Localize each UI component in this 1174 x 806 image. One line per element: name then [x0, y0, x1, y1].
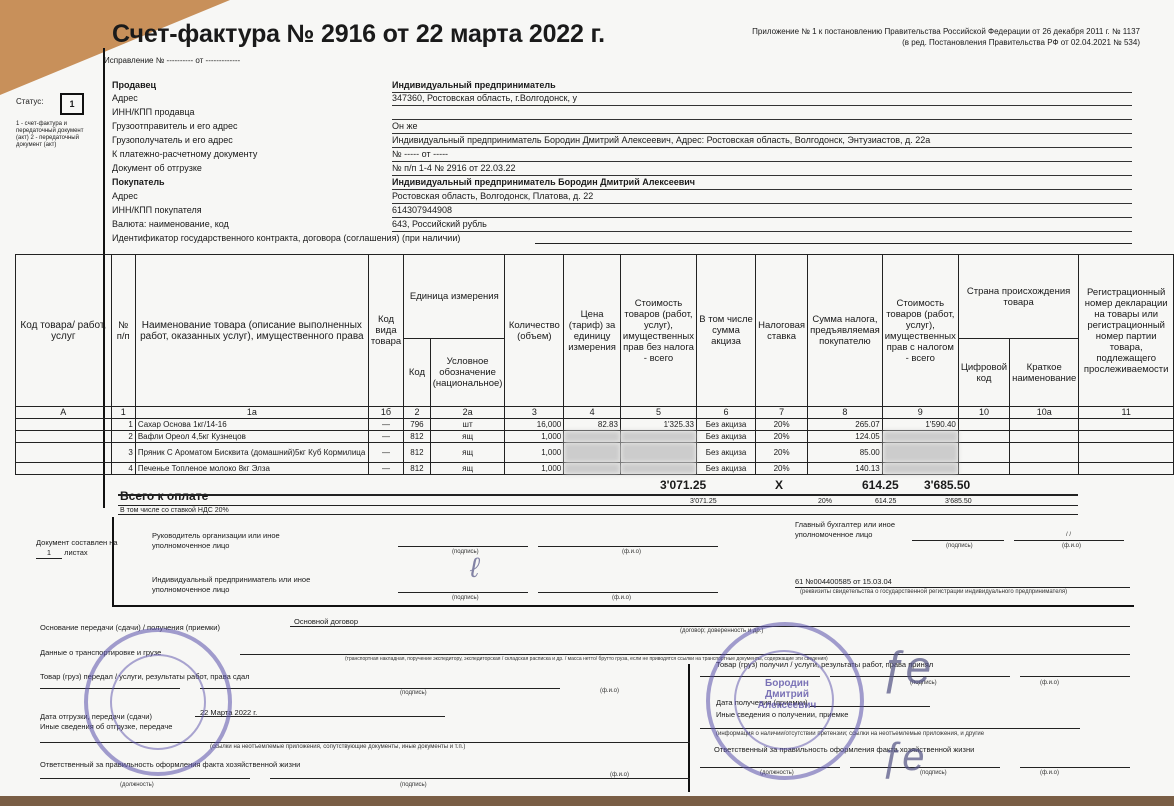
ship-date-line[interactable] [195, 716, 445, 717]
column-number: 1 [111, 407, 135, 419]
cell-total: 1'590.40 [882, 419, 958, 431]
requisite-label: Валюта: наименование, код [112, 219, 229, 229]
certificate-line [795, 587, 1130, 588]
requisite-label: Идентификатор государственного контракта… [112, 233, 460, 243]
status-note: 1 - счет-фактура и передаточный документ… [16, 121, 96, 149]
appendix-line-1: Приложение № 1 к постановлению Правитель… [670, 26, 1140, 37]
transfer-divider [688, 664, 690, 792]
requisite-value: Индивидуальный предприниматель Бородин Д… [392, 135, 1132, 148]
ip-sign-caption: (подпись) [452, 595, 479, 601]
ip-sign-line[interactable] [398, 592, 528, 593]
background-bottom [0, 796, 1174, 806]
table-row: 1Сахар Основа 1кг/14-16—796шт16,00082.83… [16, 419, 1174, 431]
ip-fio-line[interactable] [538, 592, 718, 593]
requisite-label: Продавец [112, 80, 156, 90]
row-code [16, 419, 112, 431]
vat-line-top [118, 505, 1078, 506]
col-reg: Регистрационный номер декларации на това… [1079, 255, 1174, 407]
requisite-value: № п/п 1-4 № 2916 от 22.03.22 [392, 163, 1132, 176]
cell-n: 4 [111, 463, 135, 475]
cell-qty: 16,000 [505, 419, 564, 431]
table-row: 3Пряник С Ароматом Бисквита (домашний)5к… [16, 443, 1174, 463]
recv-resp-sign-line[interactable] [850, 767, 1000, 768]
column-number: 1б [368, 407, 403, 419]
total-tax: 614.25 [862, 478, 899, 492]
cell-unit: ящ [430, 443, 505, 463]
table-row: 4Печенье Топленое молоко 8кг Элза—812ящ1… [16, 463, 1174, 475]
accountant-fio-caption: (ф.и.о) [1062, 543, 1081, 549]
cell-tax: 265.07 [808, 419, 883, 431]
contract-id-line [535, 243, 1132, 244]
invoice-paper: Счет-фактура № 2916 от 22 марта 2022 г. … [0, 0, 1174, 796]
vat-total: 3'685.50 [945, 498, 972, 505]
vat-tax: 614.25 [875, 498, 896, 505]
row-code [16, 431, 112, 443]
certificate: 61 №004400585 от 15.03.04 [795, 577, 892, 587]
requisite-label: Грузополучатель и его адрес [112, 135, 233, 145]
cell-total [882, 463, 958, 475]
seller-stamp-inner [110, 654, 206, 750]
col-tax: Сумма налога, предъявляемая покупателю [808, 255, 883, 407]
appendix-line-2: (в ред. Постановления Правительства РФ о… [670, 37, 1140, 48]
cell-cost [620, 443, 696, 463]
total-excise: X [775, 478, 783, 492]
resp-position-line[interactable] [40, 778, 250, 779]
sent-sign-line[interactable] [200, 688, 560, 689]
buyer-signature: ƒe [880, 640, 931, 694]
cell-empty [1079, 463, 1174, 475]
requisite-value [392, 107, 1132, 120]
cell-n: 2 [111, 431, 135, 443]
column-number: А [16, 407, 112, 419]
column-number: 5 [620, 407, 696, 419]
column-number: 10 [958, 407, 1009, 419]
cell-empty [1079, 419, 1174, 431]
cell-unit-code: 796 [404, 419, 431, 431]
cell-unit-code: 812 [404, 431, 431, 443]
cell-excise: Без акциза [697, 443, 756, 463]
col-qty: Количество (объем) [505, 255, 564, 407]
basis-label: Основание передачи (сдачи) / получения (… [40, 623, 220, 633]
accountant-fio-line[interactable] [1014, 540, 1124, 541]
col-price: Цена (тариф) за единицу измерения [564, 255, 621, 407]
column-number: 6 [697, 407, 756, 419]
head-fio-line[interactable] [538, 546, 718, 547]
col-unit-name: Условное обозначение (национальное) [430, 339, 505, 407]
recv-fio-caption: (ф.и.о) [1040, 680, 1059, 686]
certificate-caption: (реквизиты свидетельства о государственн… [800, 589, 1067, 595]
sheets-label-2: листах [64, 548, 88, 557]
requisite-value: 614307944908 [392, 205, 1132, 218]
column-number: 11 [1079, 407, 1174, 419]
col-unit: Единица измерения [404, 255, 505, 339]
col-rate: Налоговая ставка [756, 255, 808, 407]
accountant-sign-line[interactable] [912, 540, 1004, 541]
cell-tax: 124.05 [808, 431, 883, 443]
cell-kind: — [368, 443, 403, 463]
row-code [16, 463, 112, 475]
cell-empty [958, 443, 1009, 463]
head-sign-line[interactable] [398, 546, 528, 547]
other-caption: (ссылки на неотъемлемые приложения, сопу… [210, 744, 465, 750]
sent-sign-caption: (подпись) [400, 690, 427, 696]
buyer-stamp-text: Бородин Дмитрий Алексеевич [752, 678, 822, 711]
cell-unit-code: 812 [404, 443, 431, 463]
cell-cost [620, 463, 696, 475]
cell-rate: 20% [756, 463, 808, 475]
resp-sign-caption: (подпись) [400, 782, 427, 788]
requisite-label: Документ об отгрузке [112, 163, 202, 173]
requisite-value: Ростовская область, Волгодонск, Платова,… [392, 191, 1132, 204]
cell-unit: ящ [430, 463, 505, 475]
cell-rate: 20% [756, 419, 808, 431]
cell-total [882, 431, 958, 443]
cell-kind: — [368, 463, 403, 475]
cell-unit-code: 812 [404, 463, 431, 475]
cell-price: 82.83 [564, 419, 621, 431]
resp-sign-line[interactable] [270, 778, 690, 779]
recv-fio-line[interactable] [1020, 676, 1130, 677]
basis-line[interactable] [290, 626, 1130, 627]
column-number: 1а [135, 407, 368, 419]
recv-resp-fio-line[interactable] [1020, 767, 1130, 768]
buyer-resp-signature: ƒe [880, 735, 925, 780]
cell-name: Пряник С Ароматом Бисквита (домашний)5кг… [135, 443, 368, 463]
accountant-fio: / / [1066, 532, 1071, 538]
requisite-value: № ----- от ----- [392, 149, 1132, 162]
head-fio-caption: (ф.и.о) [622, 549, 641, 555]
cell-rate: 20% [756, 431, 808, 443]
transport-line[interactable] [240, 654, 1130, 655]
cell-qty: 1,000 [505, 431, 564, 443]
cell-name: Печенье Топленое молоко 8кг Элза [135, 463, 368, 475]
cell-n: 1 [111, 419, 135, 431]
cell-price [564, 431, 621, 443]
col-cost: Стоимость товаров (работ, услуг), имущес… [620, 255, 696, 407]
cell-rate: 20% [756, 443, 808, 463]
invoice-table: Код товара/ работ, услуг № п/п Наименова… [15, 254, 1174, 475]
row-code [16, 443, 112, 463]
cell-empty [1010, 419, 1079, 431]
cell-name: Вафли Ореол 4,5кг Кузнецов [135, 431, 368, 443]
requisite-label: Покупатель [112, 177, 165, 187]
column-number: 2 [404, 407, 431, 419]
sheets-label: Документ составлен на 1 листах [36, 538, 118, 559]
cell-price [564, 463, 621, 475]
col-code: Код товара/ работ, услуг [16, 255, 112, 407]
requisite-value: Индивидуальный предприниматель Бородин Д… [392, 177, 1132, 190]
cell-cost [620, 431, 696, 443]
cell-tax: 140.13 [808, 463, 883, 475]
cell-excise: Без акциза [697, 463, 756, 475]
cell-empty [958, 431, 1009, 443]
column-number: 7 [756, 407, 808, 419]
col-country-name: Краткое наименование [1010, 339, 1079, 407]
requisite-value: 347360, Ростовская область, г.Волгодонск… [392, 93, 1132, 106]
sheets-count: 1 [36, 548, 62, 559]
col-kind: Код вида товара [368, 255, 403, 407]
cell-n: 3 [111, 443, 135, 463]
invoice-title: Счет-фактура № 2916 от 22 марта 2022 г. [112, 20, 605, 49]
cell-empty [1010, 443, 1079, 463]
recv-resp-fio-caption: (ф.и.о) [1040, 770, 1059, 776]
total-line [118, 494, 1078, 496]
col-unit-code: Код [404, 339, 431, 407]
column-number: 8 [808, 407, 883, 419]
accountant-sign-caption: (подпись) [946, 543, 973, 549]
cell-excise: Без акциза [697, 419, 756, 431]
cell-empty [958, 463, 1009, 475]
col-country: Страна происхождения товара [958, 255, 1079, 339]
vat-label: В том числе со ставкой НДС 20% [120, 507, 229, 514]
signature-mark: ℓ [470, 552, 479, 584]
column-number: 9 [882, 407, 958, 419]
cell-empty [1079, 443, 1174, 463]
status-label: Статус: [16, 97, 44, 106]
column-number: 2а [430, 407, 505, 419]
requisite-label: Адрес [112, 93, 138, 103]
requisite-value: Индивидуальный предприниматель [392, 80, 1132, 93]
table-row: 2Вафли Ореол 4,5кг Кузнецов—812ящ1,000Бе… [16, 431, 1174, 443]
col-name: Наименование товара (описание выполненны… [135, 255, 368, 407]
col-num: № п/п [111, 255, 135, 407]
status-value: 1 [60, 93, 84, 115]
requisite-label: К платежно-расчетному документу [112, 149, 257, 159]
requisite-label: Грузоотправитель и его адрес [112, 121, 238, 131]
cell-total [882, 443, 958, 463]
cell-empty [1079, 431, 1174, 443]
resp-position-caption: (должность) [120, 782, 154, 788]
cell-qty: 1,000 [505, 463, 564, 475]
requisite-label: ИНН/КПП продавца [112, 107, 195, 117]
cell-price [564, 443, 621, 463]
cell-empty [1010, 431, 1079, 443]
sheets-label-1: Документ составлен на [36, 538, 118, 548]
resp-fio-caption: (ф.и.о) [610, 772, 629, 778]
ip-label: Индивидуальный предприниматель или иное … [152, 575, 352, 595]
col-country-code: Цифровой код [958, 339, 1009, 407]
correction-line: Исправление № ---------- от ------------… [104, 56, 240, 65]
cell-name: Сахар Основа 1кг/14-16 [135, 419, 368, 431]
vat-line-bottom [118, 514, 1078, 515]
requisite-label: Адрес [112, 191, 138, 201]
cell-excise: Без акциза [697, 431, 756, 443]
column-number: 4 [564, 407, 621, 419]
cell-unit: ящ [430, 431, 505, 443]
vat-cost: 3'071.25 [690, 498, 717, 505]
col-total: Стоимость товаров (работ, услуг), имущес… [882, 255, 958, 407]
cell-cost: 1'325.33 [620, 419, 696, 431]
cell-kind: — [368, 431, 403, 443]
cell-kind: — [368, 419, 403, 431]
requisite-label: ИНН/КПП покупателя [112, 205, 202, 215]
appendix-note: Приложение № 1 к постановлению Правитель… [670, 26, 1140, 48]
head-label: Руководитель организации или иное уполно… [152, 531, 312, 551]
cell-unit: шт [430, 419, 505, 431]
cell-qty: 1,000 [505, 443, 564, 463]
cell-empty [958, 419, 1009, 431]
column-number: 3 [505, 407, 564, 419]
total-cost: 3'071.25 [660, 478, 706, 492]
requisite-value: Он же [392, 121, 1132, 134]
accountant-label: Главный бухгалтер или иное уполномоченно… [795, 520, 945, 540]
col-excise: В том числе сумма акциза [697, 255, 756, 407]
cell-tax: 85.00 [808, 443, 883, 463]
cell-empty [1010, 463, 1079, 475]
sent-fio-caption: (ф.и.о) [600, 688, 619, 694]
column-numbers: А11а1б22а34567891010а11 [16, 407, 1174, 419]
ip-fio-caption: (ф.и.о) [612, 595, 631, 601]
total-with-tax: 3'685.50 [924, 478, 970, 492]
vat-rate: 20% [818, 498, 832, 505]
column-number: 10а [1010, 407, 1079, 419]
requisite-value: 643, Российский рубль [392, 219, 1132, 232]
total-label: Всего к оплате [120, 489, 208, 503]
